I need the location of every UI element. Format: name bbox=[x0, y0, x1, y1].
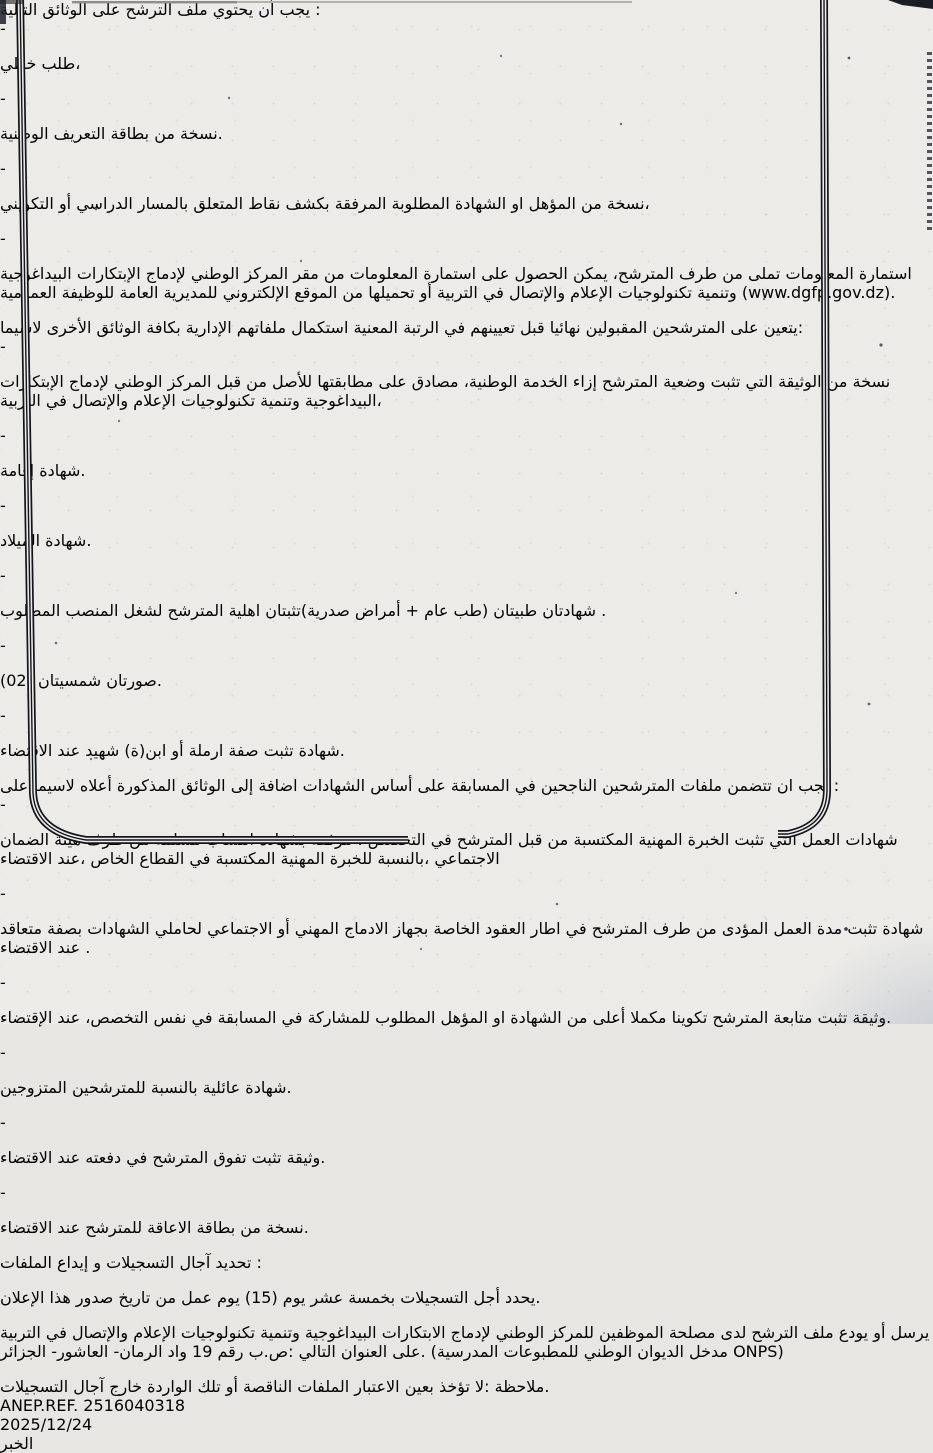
scan-speckles bbox=[0, 0, 2, 2]
ad-frame-border bbox=[0, 0, 933, 1024]
scan-smudge-top-right bbox=[888, 0, 933, 9]
page-edge-text-artifact bbox=[927, 52, 932, 230]
scanned-announcement-page: يجب أن يحتوي ملف الترشح على الوثائق التا… bbox=[0, 0, 933, 1024]
scan-corner-shadow bbox=[877, 924, 933, 1024]
